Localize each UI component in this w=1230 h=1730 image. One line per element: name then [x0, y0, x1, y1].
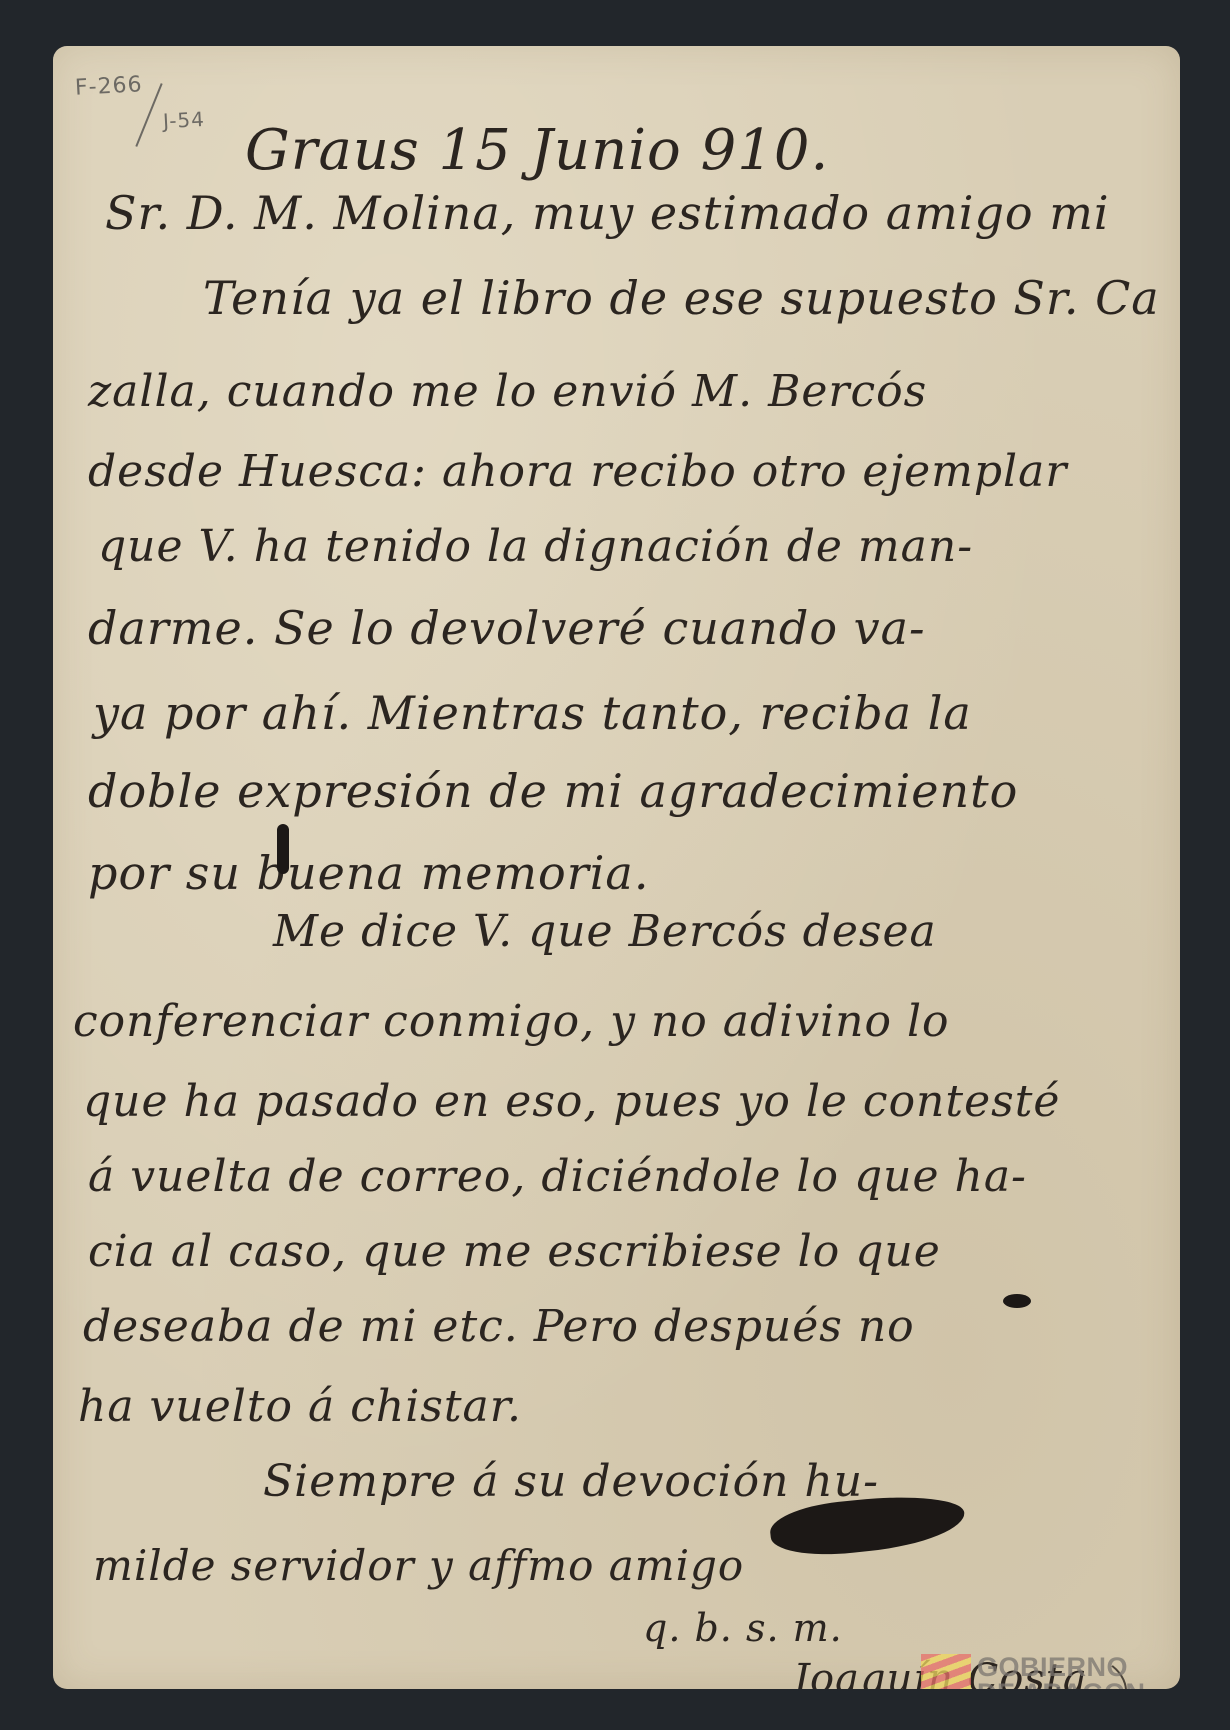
body-line: zalla, cuando me lo envió M. Bercós: [88, 366, 927, 417]
closing-abbreviation: q. b. s. m.: [643, 1606, 843, 1650]
body-line: cia al caso, que me escribiese lo que: [88, 1226, 941, 1277]
body-line: darme. Se lo devolveré cuando va-: [88, 601, 926, 655]
body-line: que V. ha tenido la dignación de man-: [98, 521, 973, 572]
body-line: deseaba de mi etc. Pero después no: [83, 1301, 915, 1352]
aragon-flag-icon: [921, 1654, 971, 1689]
ink-blot: [1003, 1294, 1031, 1308]
body-line: Tenía ya el libro de ese supuesto Sr. Ca: [203, 271, 1160, 325]
place-date-heading: Graus 15 Junio 910.: [245, 118, 829, 183]
watermark-line-1: GOBIERNO: [977, 1654, 1146, 1680]
watermark-text: GOBIERNO DE ARAGON: [977, 1654, 1146, 1689]
postcard: F-266 J-54 Graus 15 Junio 910. Sr. D. M.…: [53, 46, 1180, 1689]
archive-reference-secondary: J-54: [162, 107, 205, 133]
body-line: ya por ahí. Mientras tanto, reciba la: [93, 686, 972, 740]
body-line: á vuelta de correo, diciéndole lo que ha…: [88, 1151, 1027, 1202]
body-line: doble expresión de mi agradecimiento: [88, 764, 1018, 818]
body-line: Me dice V. que Bercós desea: [273, 906, 937, 957]
ink-blot: [277, 824, 289, 874]
gobierno-de-aragon-watermark: GOBIERNO DE ARAGON: [921, 1651, 1151, 1689]
body-line: que ha pasado en eso, pues yo le contest…: [83, 1076, 1060, 1127]
watermark-line-2: DE ARAGON: [977, 1680, 1146, 1689]
closing-line: milde servidor y affmo amigo: [93, 1541, 744, 1590]
body-line: desde Huesca: ahora recibo otro ejemplar: [88, 446, 1067, 497]
body-line: conferenciar conmigo, y no adivino lo: [73, 996, 950, 1047]
body-line: ha vuelto á chistar.: [78, 1381, 522, 1432]
salutation: Sr. D. M. Molina, muy estimado amigo mi: [105, 186, 1110, 240]
closing-line: Siempre á su devoción hu-: [263, 1456, 879, 1507]
archive-reference-primary: F-266: [74, 72, 143, 101]
body-line: por su buena memoria.: [88, 846, 649, 900]
